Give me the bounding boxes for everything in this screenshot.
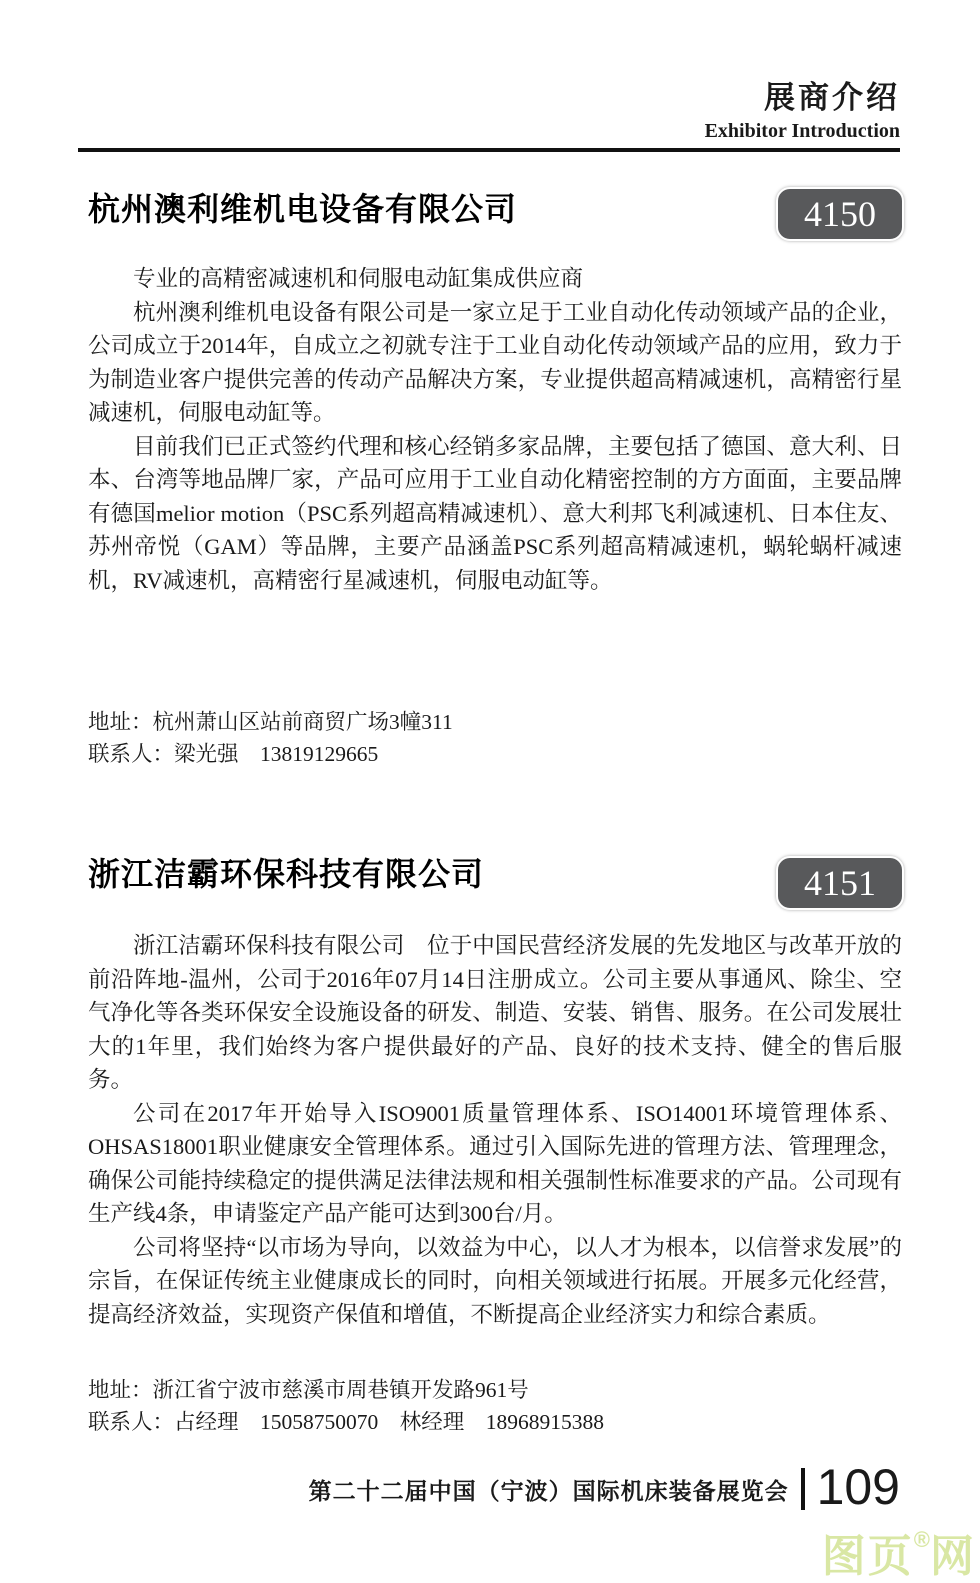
booth-number-1: 4150	[804, 193, 876, 235]
footer-event-name: 第二十二届中国（宁波）国际机床装备展览会	[309, 1473, 789, 1512]
booth-number-2: 4151	[804, 862, 876, 904]
paragraph: 专业的高精密减速机和伺服电动缸集成供应商	[88, 262, 902, 296]
company-address-2: 地址：浙江省宁波市慈溪市周巷镇开发路961号	[88, 1374, 902, 1406]
page-footer: 第二十二届中国（宁波）国际机床装备展览会 109	[309, 1462, 900, 1512]
header-divider	[78, 148, 900, 152]
booth-number-badge-1: 4150	[776, 187, 904, 241]
company-name-1: 杭州澳利维机电设备有限公司	[88, 184, 517, 230]
booth-number-badge-2: 4151	[776, 856, 904, 910]
paragraph: 目前我们已正式签约代理和核心经销多家品牌，主要包括了德国、意大利、日本、台湾等地…	[88, 430, 902, 598]
paragraph: 公司将坚持“以市场为导向，以效益为中心，以人才为根本，以信誉求发展”的宗旨，在保…	[88, 1231, 902, 1332]
company-contact-1: 联系人：梁光强 13819129665	[88, 738, 902, 770]
company-description-1: 专业的高精密减速机和伺服电动缸集成供应商 杭州澳利维机电设备有限公司是一家立足于…	[88, 262, 902, 597]
exhibitor-introduction-page: 展商介绍 Exhibitor Introduction 杭州澳利维机电设备有限公…	[0, 0, 980, 1583]
company-contact-block-2: 地址：浙江省宁波市慈溪市周巷镇开发路961号 联系人：占经理 150587500…	[88, 1374, 902, 1438]
paragraph: 公司在2017年开始导入ISO9001质量管理体系、ISO14001环境管理体系…	[88, 1097, 902, 1231]
watermark-text-right: 网	[930, 1532, 976, 1581]
paragraph: 浙江洁霸环保科技有限公司 位于中国民营经济发展的先发地区与改革开放的前沿阵地-温…	[88, 929, 902, 1097]
page-header: 展商介绍 Exhibitor Introduction	[705, 72, 900, 143]
header-title-en: Exhibitor Introduction	[705, 120, 900, 143]
company-contact-block-1: 地址：杭州萧山区站前商贸广场3幢311 联系人：梁光强 13819129665	[88, 706, 902, 770]
paragraph: 杭州澳利维机电设备有限公司是一家立足于工业自动化传动领域产品的企业，公司成立于2…	[88, 296, 902, 430]
company-name-2: 浙江洁霸环保科技有限公司	[88, 849, 484, 895]
company-contact-2: 联系人：占经理 15058750070 林经理 18968915388	[88, 1406, 902, 1438]
footer-divider-bar	[801, 1468, 805, 1510]
watermark-logo: 图页®网	[822, 1533, 976, 1581]
registered-trademark-icon: ®	[914, 1527, 930, 1552]
page-number: 109	[817, 1462, 900, 1512]
company-address-1: 地址：杭州萧山区站前商贸广场3幢311	[88, 706, 902, 738]
watermark-text-left: 图页	[822, 1532, 914, 1581]
company-description-2: 浙江洁霸环保科技有限公司 位于中国民营经济发展的先发地区与改革开放的前沿阵地-温…	[88, 929, 902, 1331]
header-title-cn: 展商介绍	[705, 72, 900, 117]
